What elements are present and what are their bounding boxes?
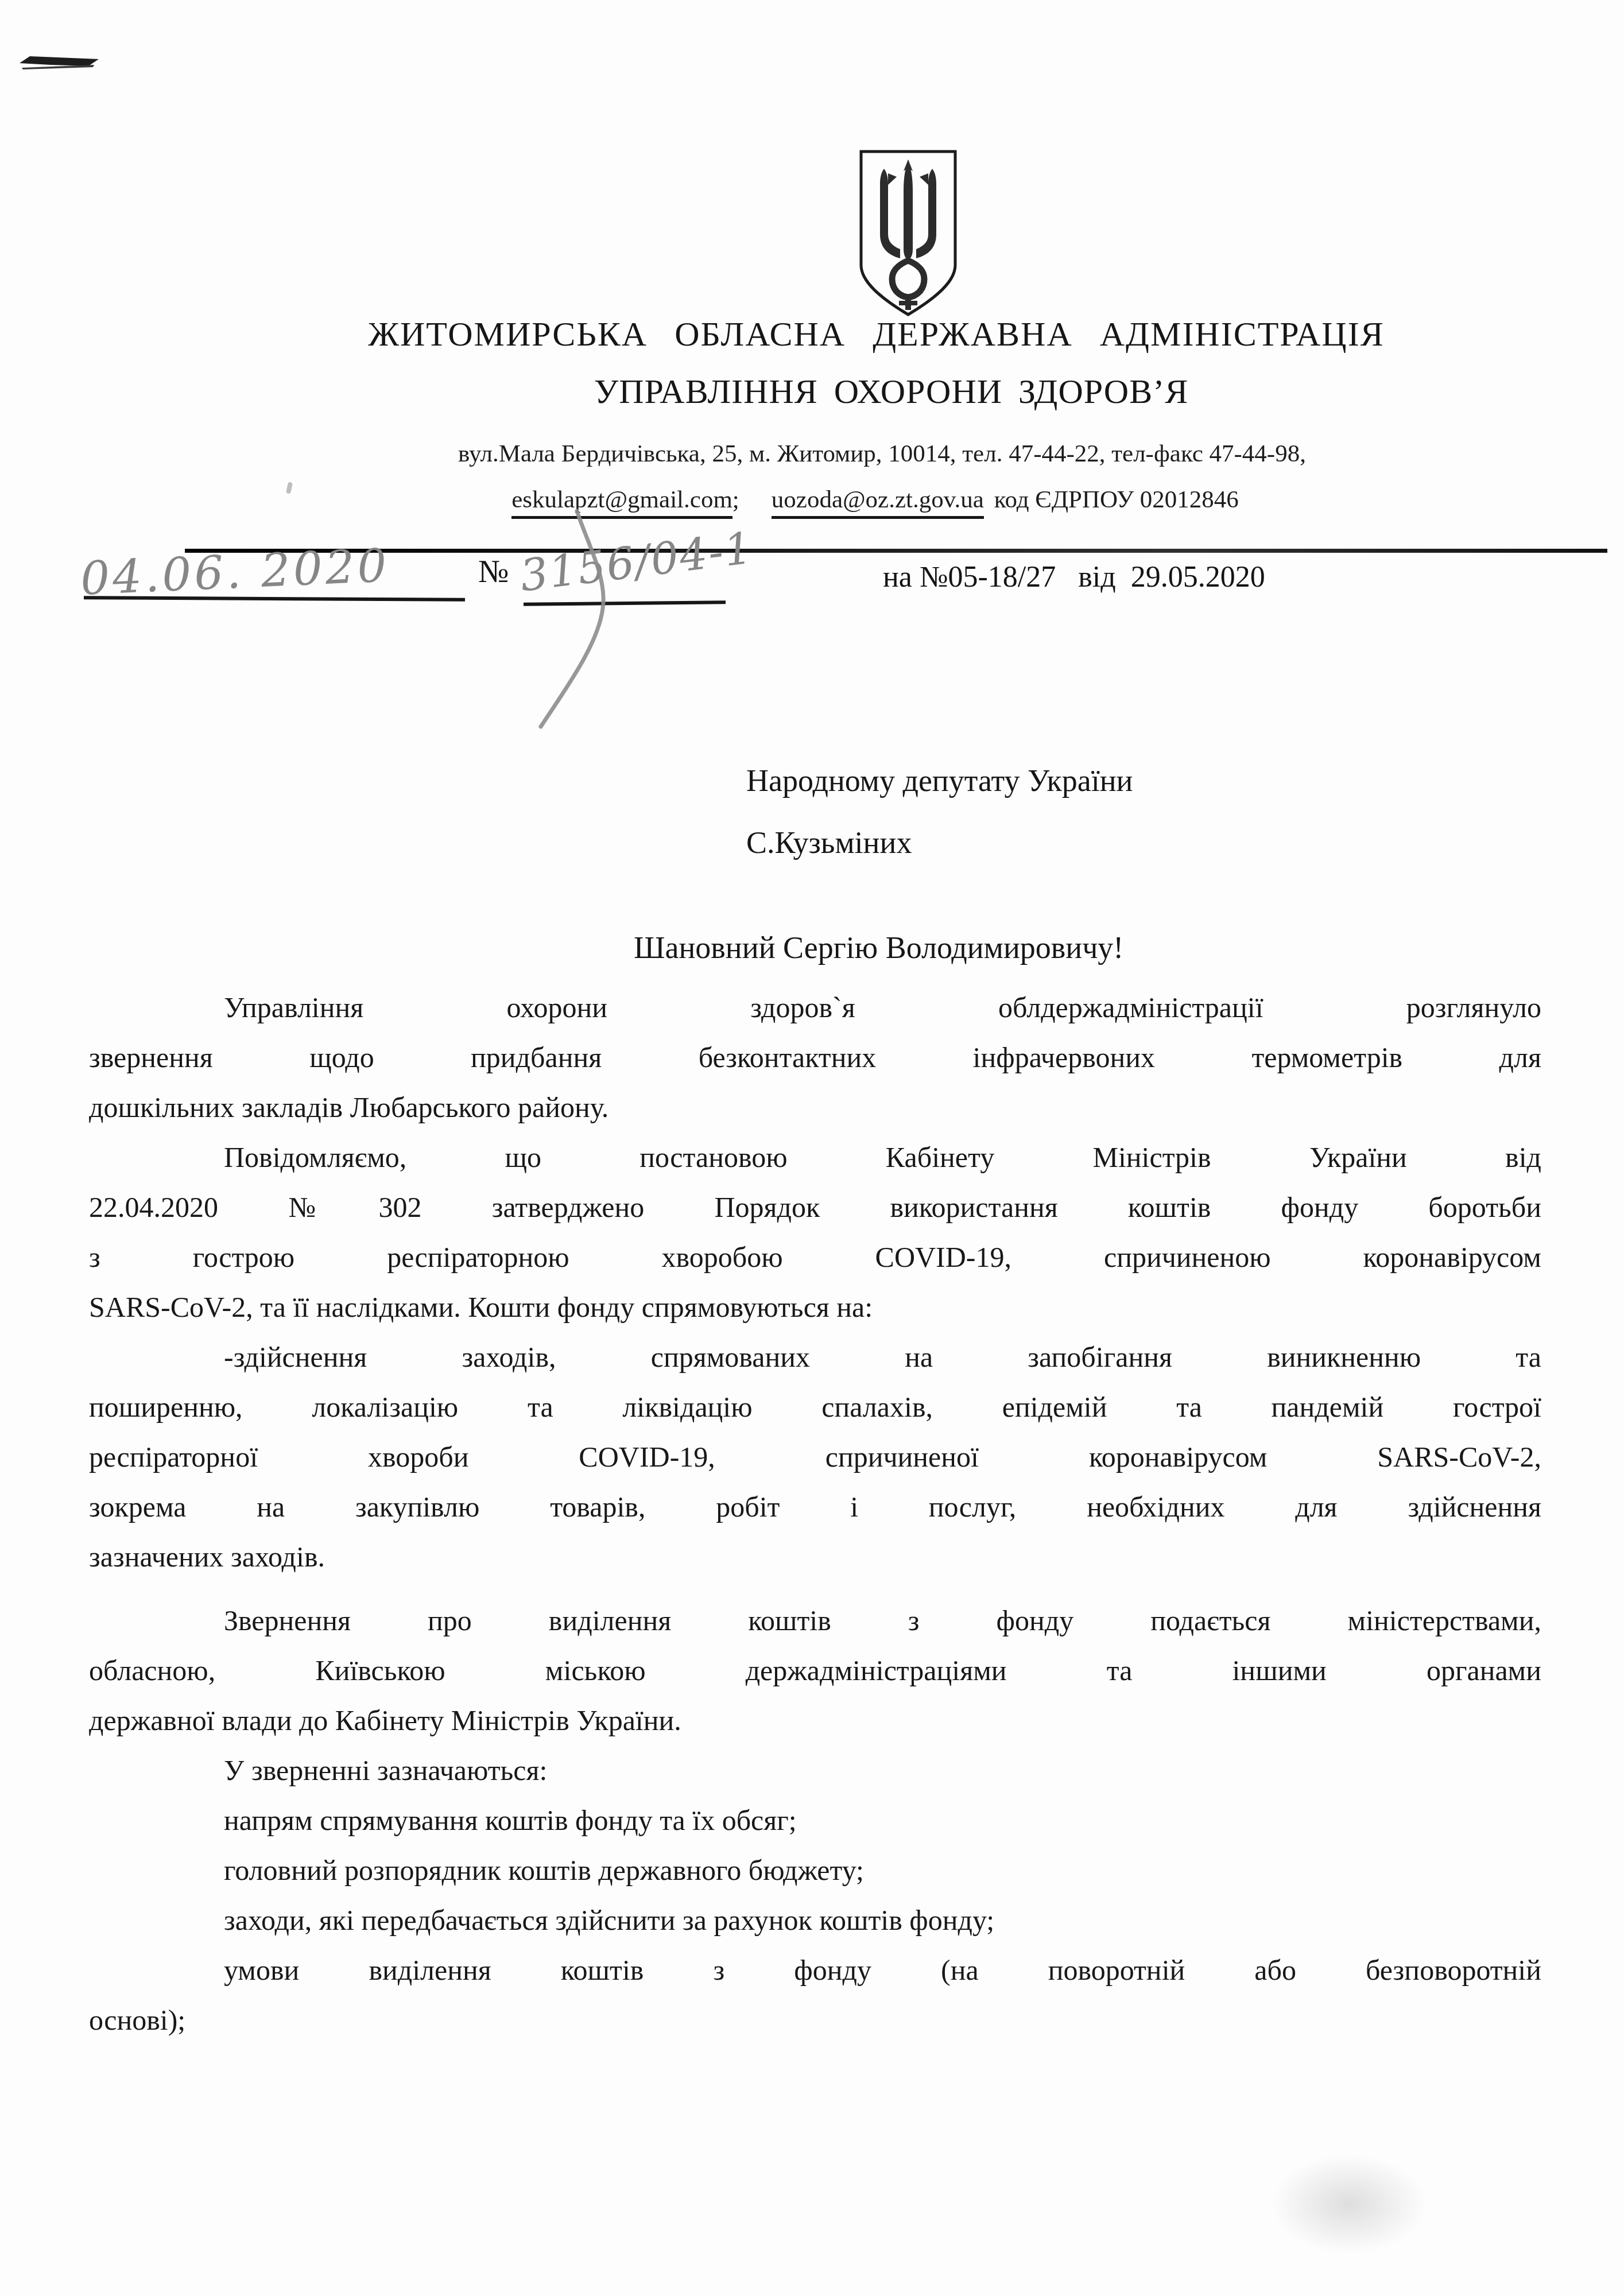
scan-smudge-artifact [1269, 2152, 1429, 2256]
addressee-name: С.Кузьміних [746, 812, 1133, 874]
paragraph: напрям спрямування коштів фонду та їх об… [89, 1795, 1541, 2045]
paragraph: Звернення про виділення коштів з фонду п… [89, 1596, 1541, 1746]
body-line: напрям спрямування коштів фонду та їх об… [89, 1795, 1541, 1845]
paragraph: У зверненні зазначаються: [89, 1746, 1541, 1795]
body-line: головний розпорядник коштів державного б… [89, 1845, 1541, 1895]
body-line: Повідомляємо, що постановою Кабінету Мін… [89, 1133, 1541, 1182]
edrpou-code: код ЄДРПОУ 02012846 [994, 486, 1239, 513]
body-line: обласною, Київською міською держадмініст… [89, 1646, 1541, 1696]
handwritten-date: 04.06. 2020 [79, 538, 390, 605]
body-line: 22.04.2020 №302 затверджено Порядок вико… [89, 1182, 1541, 1232]
body-line: зокрема на закупівлю товарів, робіт і по… [89, 1482, 1541, 1532]
paragraph: -здійснення заходів, спрямованих на запо… [89, 1332, 1541, 1582]
addressee-block: Народному депутату України С.Кузьміних [746, 750, 1133, 874]
pen-stroke-artifact [488, 504, 666, 734]
org-contacts-line: eskulapzt@gmail.com;uozoda@oz.zt.gov.uaк… [63, 486, 1624, 514]
org-address-line: вул.Мала Бердичівська, 25, м. Житомир, 1… [70, 440, 1624, 468]
ukraine-trident-emblem [855, 148, 961, 320]
body-line: заходи, які передбачається здійснити за … [89, 1895, 1541, 1945]
letterhead-divider-line [185, 549, 1607, 553]
body-line: дошкільних закладів Любарського району. [89, 1083, 1541, 1133]
body-line: поширенню, локалізацію та ліквідацію спа… [89, 1382, 1541, 1432]
addressee-title: Народному депутату України [746, 750, 1133, 812]
body-line: Управління охорони здоров`я облдержадмін… [89, 983, 1541, 1033]
email-secondary: uozoda@oz.zt.gov.ua [772, 486, 984, 519]
body-line: Звернення про виділення коштів з фонду п… [89, 1596, 1541, 1646]
paragraph: Управління охорони здоров`я облдержадмін… [89, 983, 1541, 1133]
body-line: зазначених заходів. [89, 1532, 1541, 1582]
email-separator: ; [732, 486, 739, 513]
scan-artifact-dash [17, 53, 103, 72]
paragraph: Повідомляємо, що постановою Кабінету Мін… [89, 1133, 1541, 1332]
document-page: ЖИТОМИРСЬКА ОБЛАСНА ДЕРЖАВНА АДМІНІСТРАЦ… [0, 0, 1624, 2296]
reply-reference: на №05-18/27 від 29.05.2020 [883, 560, 1265, 594]
body-line: основі); [89, 1995, 1541, 2045]
body-line: SARS-CoV-2, та її наслідками. Кошти фонд… [89, 1282, 1541, 1332]
body-line: звернення щодо придбання безконтактних і… [89, 1033, 1541, 1083]
letter-body: Управління охорони здоров`я облдержадмін… [89, 983, 1541, 2045]
body-line: умови виділення коштів з фонду (на повор… [89, 1945, 1541, 1995]
body-line: респіраторної хвороби COVID-19, спричине… [89, 1432, 1541, 1482]
salutation: Шановний Сергію Володимировичу! [634, 930, 1123, 965]
body-line: державної влади до Кабінету Міністрів Ук… [89, 1696, 1541, 1746]
body-line: -здійснення заходів, спрямованих на запо… [89, 1332, 1541, 1382]
body-line: з гострою респіраторною хворобою COVID-1… [89, 1232, 1541, 1282]
body-line: У зверненні зазначаються: [89, 1746, 1541, 1795]
org-name-line2: УПРАВЛІННЯ ОХОРОНИ ЗДОРОВ’Я [79, 372, 1624, 412]
org-name-line1: ЖИТОМИРСЬКА ОБЛАСНА ДЕРЖАВНА АДМІНІСТРАЦ… [64, 315, 1624, 354]
